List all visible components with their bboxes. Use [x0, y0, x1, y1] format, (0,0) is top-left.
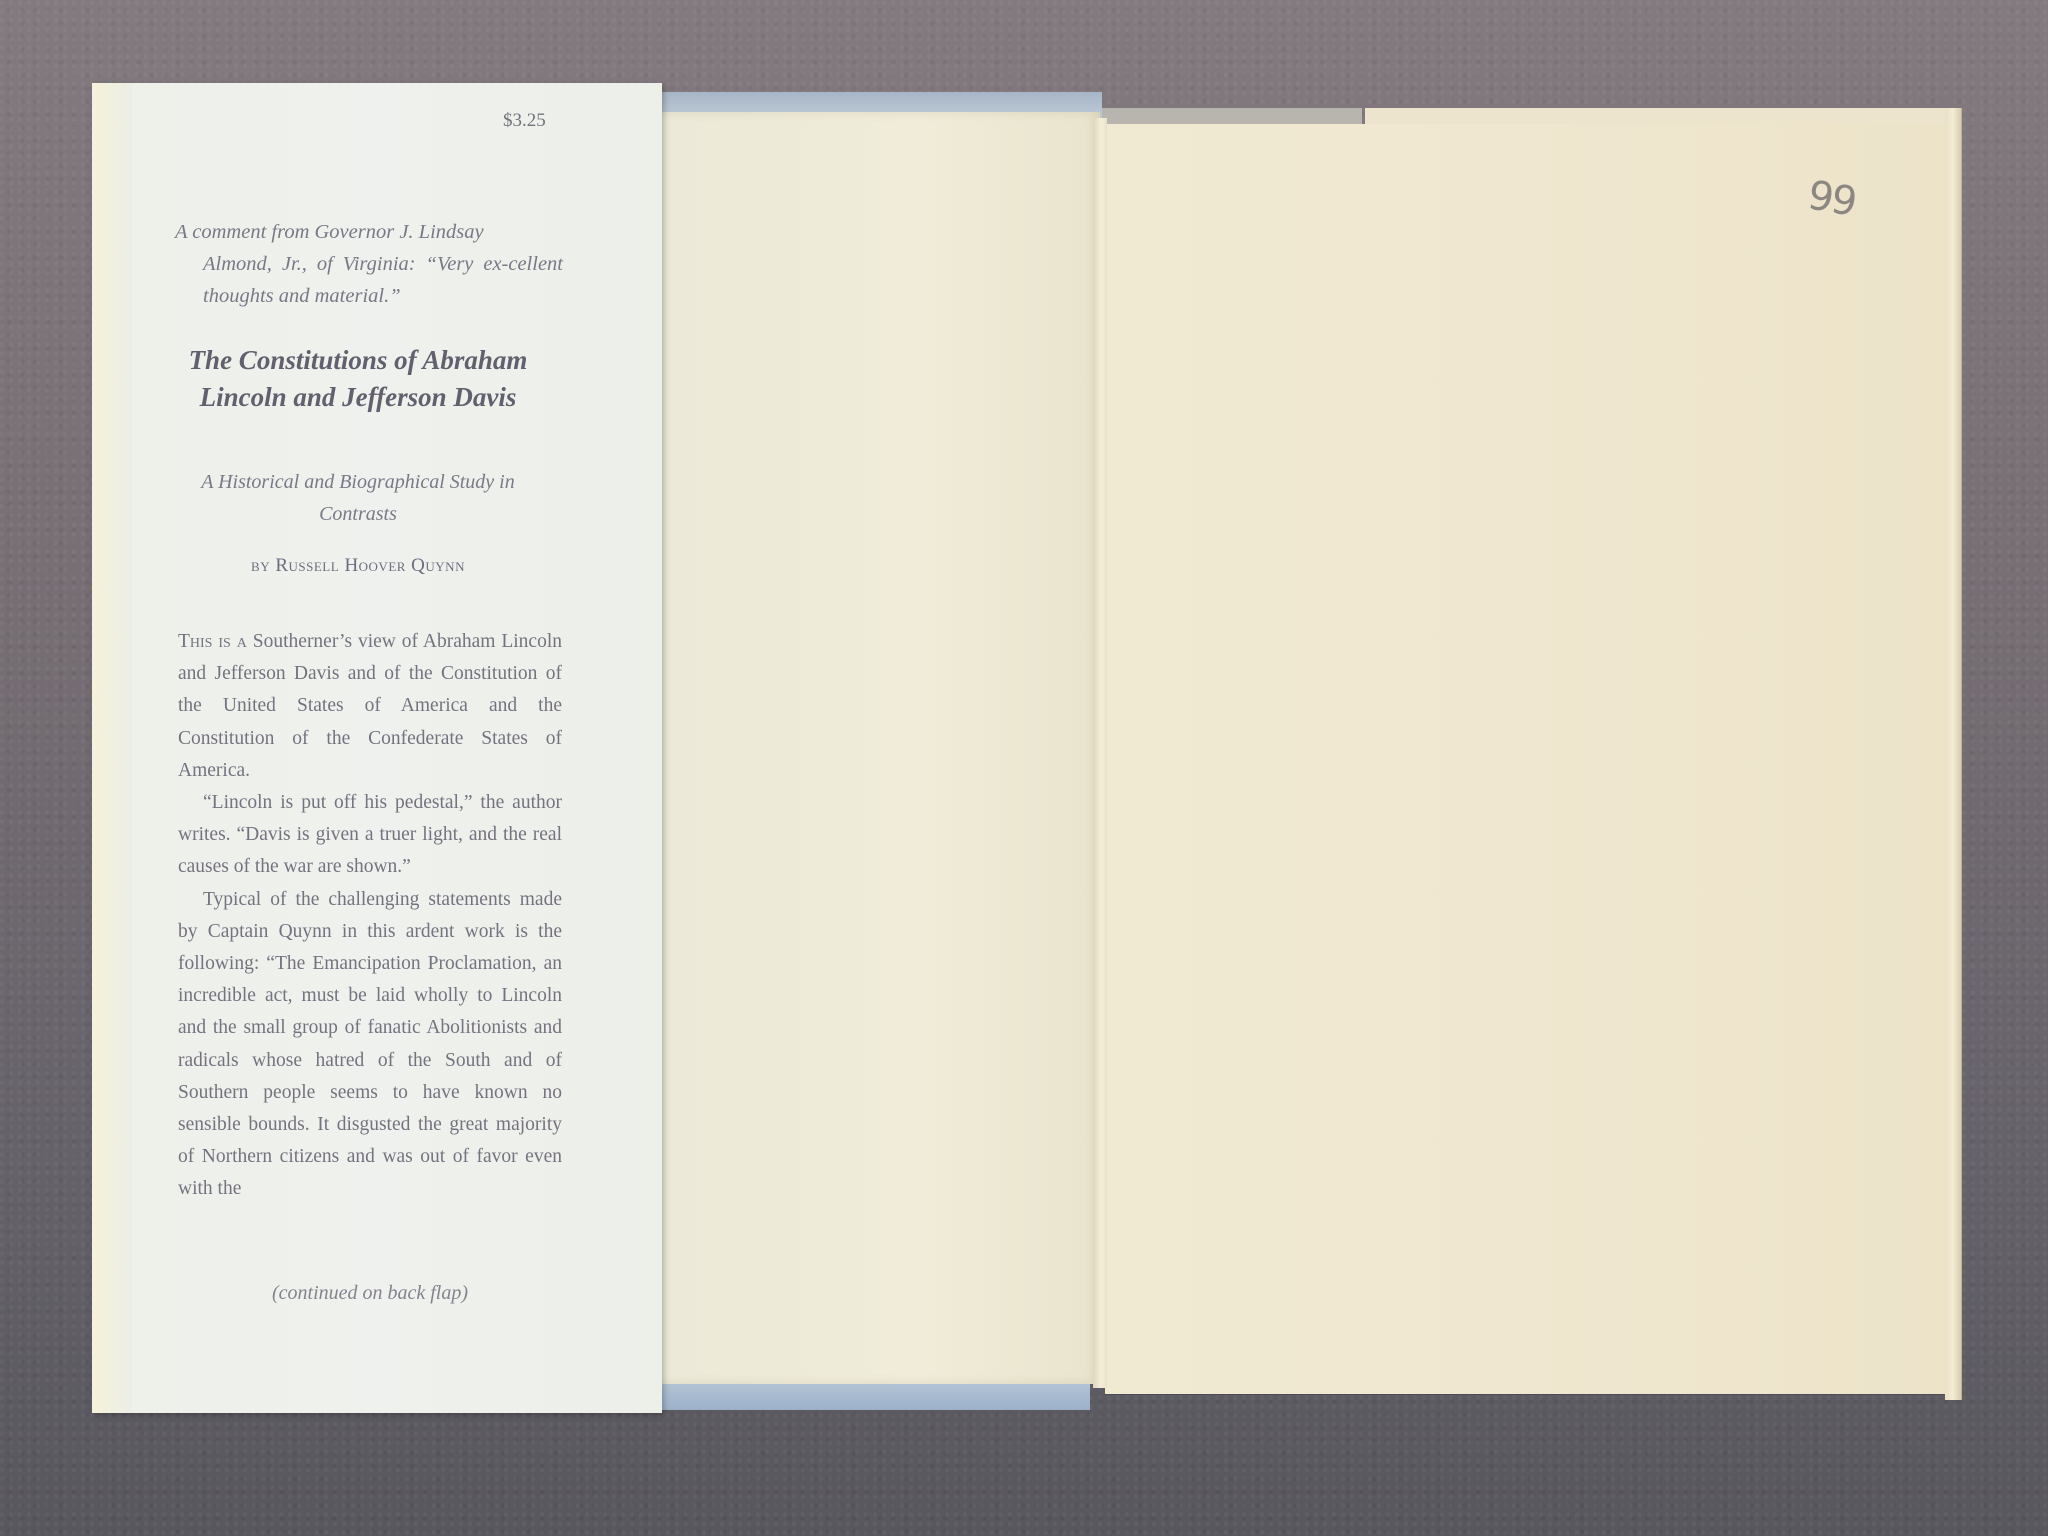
blurb: This is a Southerner’s view of Abraham L… [178, 626, 562, 1206]
blurb-lead: This is a [178, 631, 247, 652]
book-gutter [1093, 118, 1107, 1388]
jacket-edge-bottom [662, 1382, 1090, 1410]
pencil-annotation: 99 [1804, 172, 1858, 225]
front-pastedown [660, 112, 1100, 1384]
blurb-paragraph-3: Typical of the challenging statements ma… [178, 884, 562, 1206]
blurb-paragraph-1: This is a Southerner’s view of Abraham L… [178, 626, 562, 787]
board-edge-right [1945, 108, 1962, 1400]
flap-fold-edge [92, 83, 132, 1413]
book-title: The Constitutions of Abraham Lincoln and… [178, 342, 538, 416]
free-endpaper [1105, 124, 1945, 1394]
author-prefix: by [251, 555, 270, 576]
blurb-paragraph-2: “Lincoln is put off his pedestal,” the a… [178, 787, 562, 884]
price-label: $3.25 [503, 110, 546, 132]
book-subtitle: A Historical and Biographical Study in C… [178, 466, 538, 530]
author-line: by Russell Hoover Quynn [178, 555, 538, 577]
blurb-p1-text: Southerner’s view of Abraham Lincoln and… [178, 631, 562, 781]
continued-note: (continued on back flap) [178, 1282, 562, 1305]
governor-comment: A comment from Governor J. Lindsay Almon… [175, 216, 563, 312]
author-name: Russell Hoover Quynn [275, 555, 465, 576]
comment-line-2: Almond, Jr., of Virginia: “Very ex-celle… [175, 248, 563, 312]
comment-line-1: A comment from Governor J. Lindsay [175, 221, 484, 243]
